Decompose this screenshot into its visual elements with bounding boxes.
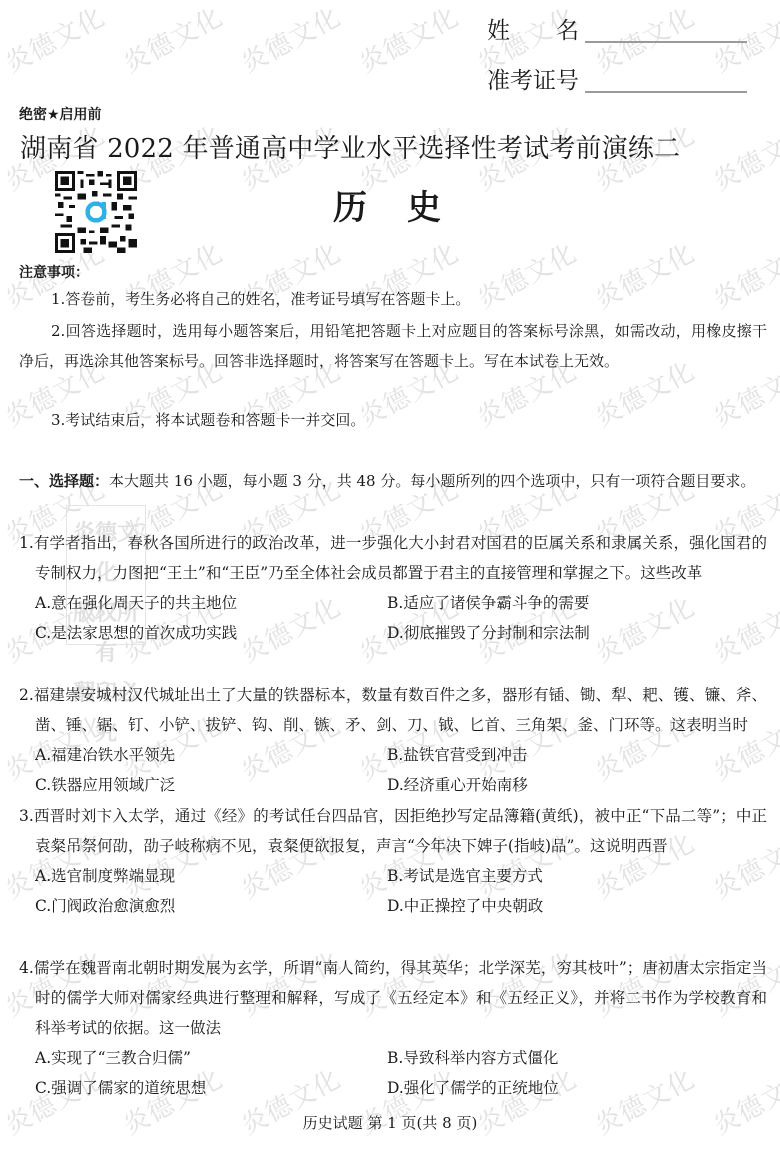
watermark-text: 炎德文化 — [352, 0, 465, 80]
confidential-mark: 绝密★启用前 — [19, 104, 102, 124]
option-c: C.是法家思想的首次成功实践 — [35, 618, 387, 648]
option-a: A.意在强化周天子的共主地位 — [35, 588, 387, 618]
option-b: B.导致科举内容方式僵化 — [387, 1043, 747, 1073]
name-blank-line — [585, 41, 747, 43]
section-heading: 一、选择题：本大题共 16 小题，每小题 3 分，共 48 分。每小题所列的四个… — [19, 466, 764, 496]
question-options: A.实现了“三教合归儒” B.导致科举内容方式僵化 C.强调了儒家的道统思想 D… — [19, 1043, 767, 1103]
question-options: A.选官制度弊端显现 B.考试是选官主要方式 C.门阀政治愈演愈烈 D.中正操控… — [19, 861, 767, 921]
option-a: A.福建冶铁水平领先 — [35, 740, 387, 770]
question-3: 3.西晋时刘卞入太学，通过《经》的考试任台四品官，因拒绝抄写定品簿籍(黄纸)，被… — [19, 801, 767, 921]
question-options: A.福建冶铁水平领先 B.盐铁官营受到冲击 C.铁器应用领域广泛 D.经济重心开… — [19, 740, 767, 800]
question-1: 1.有学者指出，春秋各国所进行的政治改革，进一步强化大小封君对国君的臣属关系和隶… — [19, 528, 767, 648]
question-stem: 1.有学者指出，春秋各国所进行的政治改革，进一步强化大小封君对国君的臣属关系和隶… — [19, 528, 767, 588]
section-title: 一、选择题： — [19, 472, 109, 490]
exam-id-label: 准考证号 — [487, 62, 579, 95]
option-d: D.强化了儒学的正统地位 — [387, 1073, 747, 1103]
note-item: 3.考试结束后，将本试题卷和答题卡一并交回。 — [19, 405, 764, 435]
exam-id-field: 准考证号 — [487, 62, 747, 95]
option-c: C.铁器应用领域广泛 — [35, 770, 387, 800]
question-stem: 3.西晋时刘卞入太学，通过《经》的考试任台四品官，因拒绝抄写定品簿籍(黄纸)，被… — [19, 801, 767, 861]
watermark-text: 炎德文化 — [116, 0, 229, 80]
subject-title: 历史 — [333, 180, 481, 229]
option-d: D.中正操控了中央朝政 — [387, 891, 747, 921]
option-a: A.选官制度弊端显现 — [35, 861, 387, 891]
option-b: B.适应了诸侯争霸斗争的需要 — [387, 588, 747, 618]
note-item: 1.答卷前，考生务必将自己的姓名，准考证号填写在答题卡上。 — [19, 284, 764, 314]
option-c: C.强调了儒家的道统思想 — [35, 1073, 387, 1103]
question-stem: 2.福建崇安城村汉代城址出土了大量的铁器标本，数量有数百件之多，器形有锸、锄、犁… — [19, 680, 767, 740]
watermark-text: 炎德文化 — [234, 0, 347, 80]
question-2: 2.福建崇安城村汉代城址出土了大量的铁器标本，数量有数百件之多，器形有锸、锄、犁… — [19, 680, 767, 800]
option-d: D.彻底摧毁了分封制和宗法制 — [387, 618, 747, 648]
notes-title: 注意事项： — [19, 262, 89, 282]
exam-id-blank-line — [585, 91, 747, 93]
option-b: B.盐铁官营受到冲击 — [387, 740, 747, 770]
option-b: B.考试是选官主要方式 — [387, 861, 747, 891]
name-label: 姓 名 — [487, 12, 579, 45]
exam-title: 湖南省 2022 年普通高中学业水平选择性考试考前演练二 — [20, 128, 680, 165]
page-footer: 历史试题 第 1 页(共 8 页) — [0, 1112, 780, 1133]
question-stem: 4.儒学在魏晋南北朝时期发展为玄学，所谓“南人简约，得其英华；北学深芜，穷其枝叶… — [19, 953, 767, 1043]
option-d: D.经济重心开始南移 — [387, 770, 747, 800]
question-4: 4.儒学在魏晋南北朝时期发展为玄学，所谓“南人简约，得其英华；北学深芜，穷其枝叶… — [19, 953, 767, 1103]
watermark-text: 炎德文化 — [0, 0, 110, 80]
qr-code-icon — [55, 171, 137, 253]
option-c: C.门阀政治愈演愈烈 — [35, 891, 387, 921]
option-a: A.实现了“三教合归儒” — [35, 1043, 387, 1073]
question-options: A.意在强化周天子的共主地位 B.适应了诸侯争霸斗争的需要 C.是法家思想的首次… — [19, 588, 767, 648]
note-item: 2.回答选择题时，选用每小题答案后，用铅笔把答题卡上对应题目的答案标号涂黑，如需… — [19, 316, 767, 376]
section-instructions: 本大题共 16 小题，每小题 3 分，共 48 分。每小题所列的四个选项中，只有… — [109, 472, 755, 490]
watermark-text: 炎德文化 — [706, 115, 780, 198]
name-field: 姓 名 — [487, 12, 747, 45]
